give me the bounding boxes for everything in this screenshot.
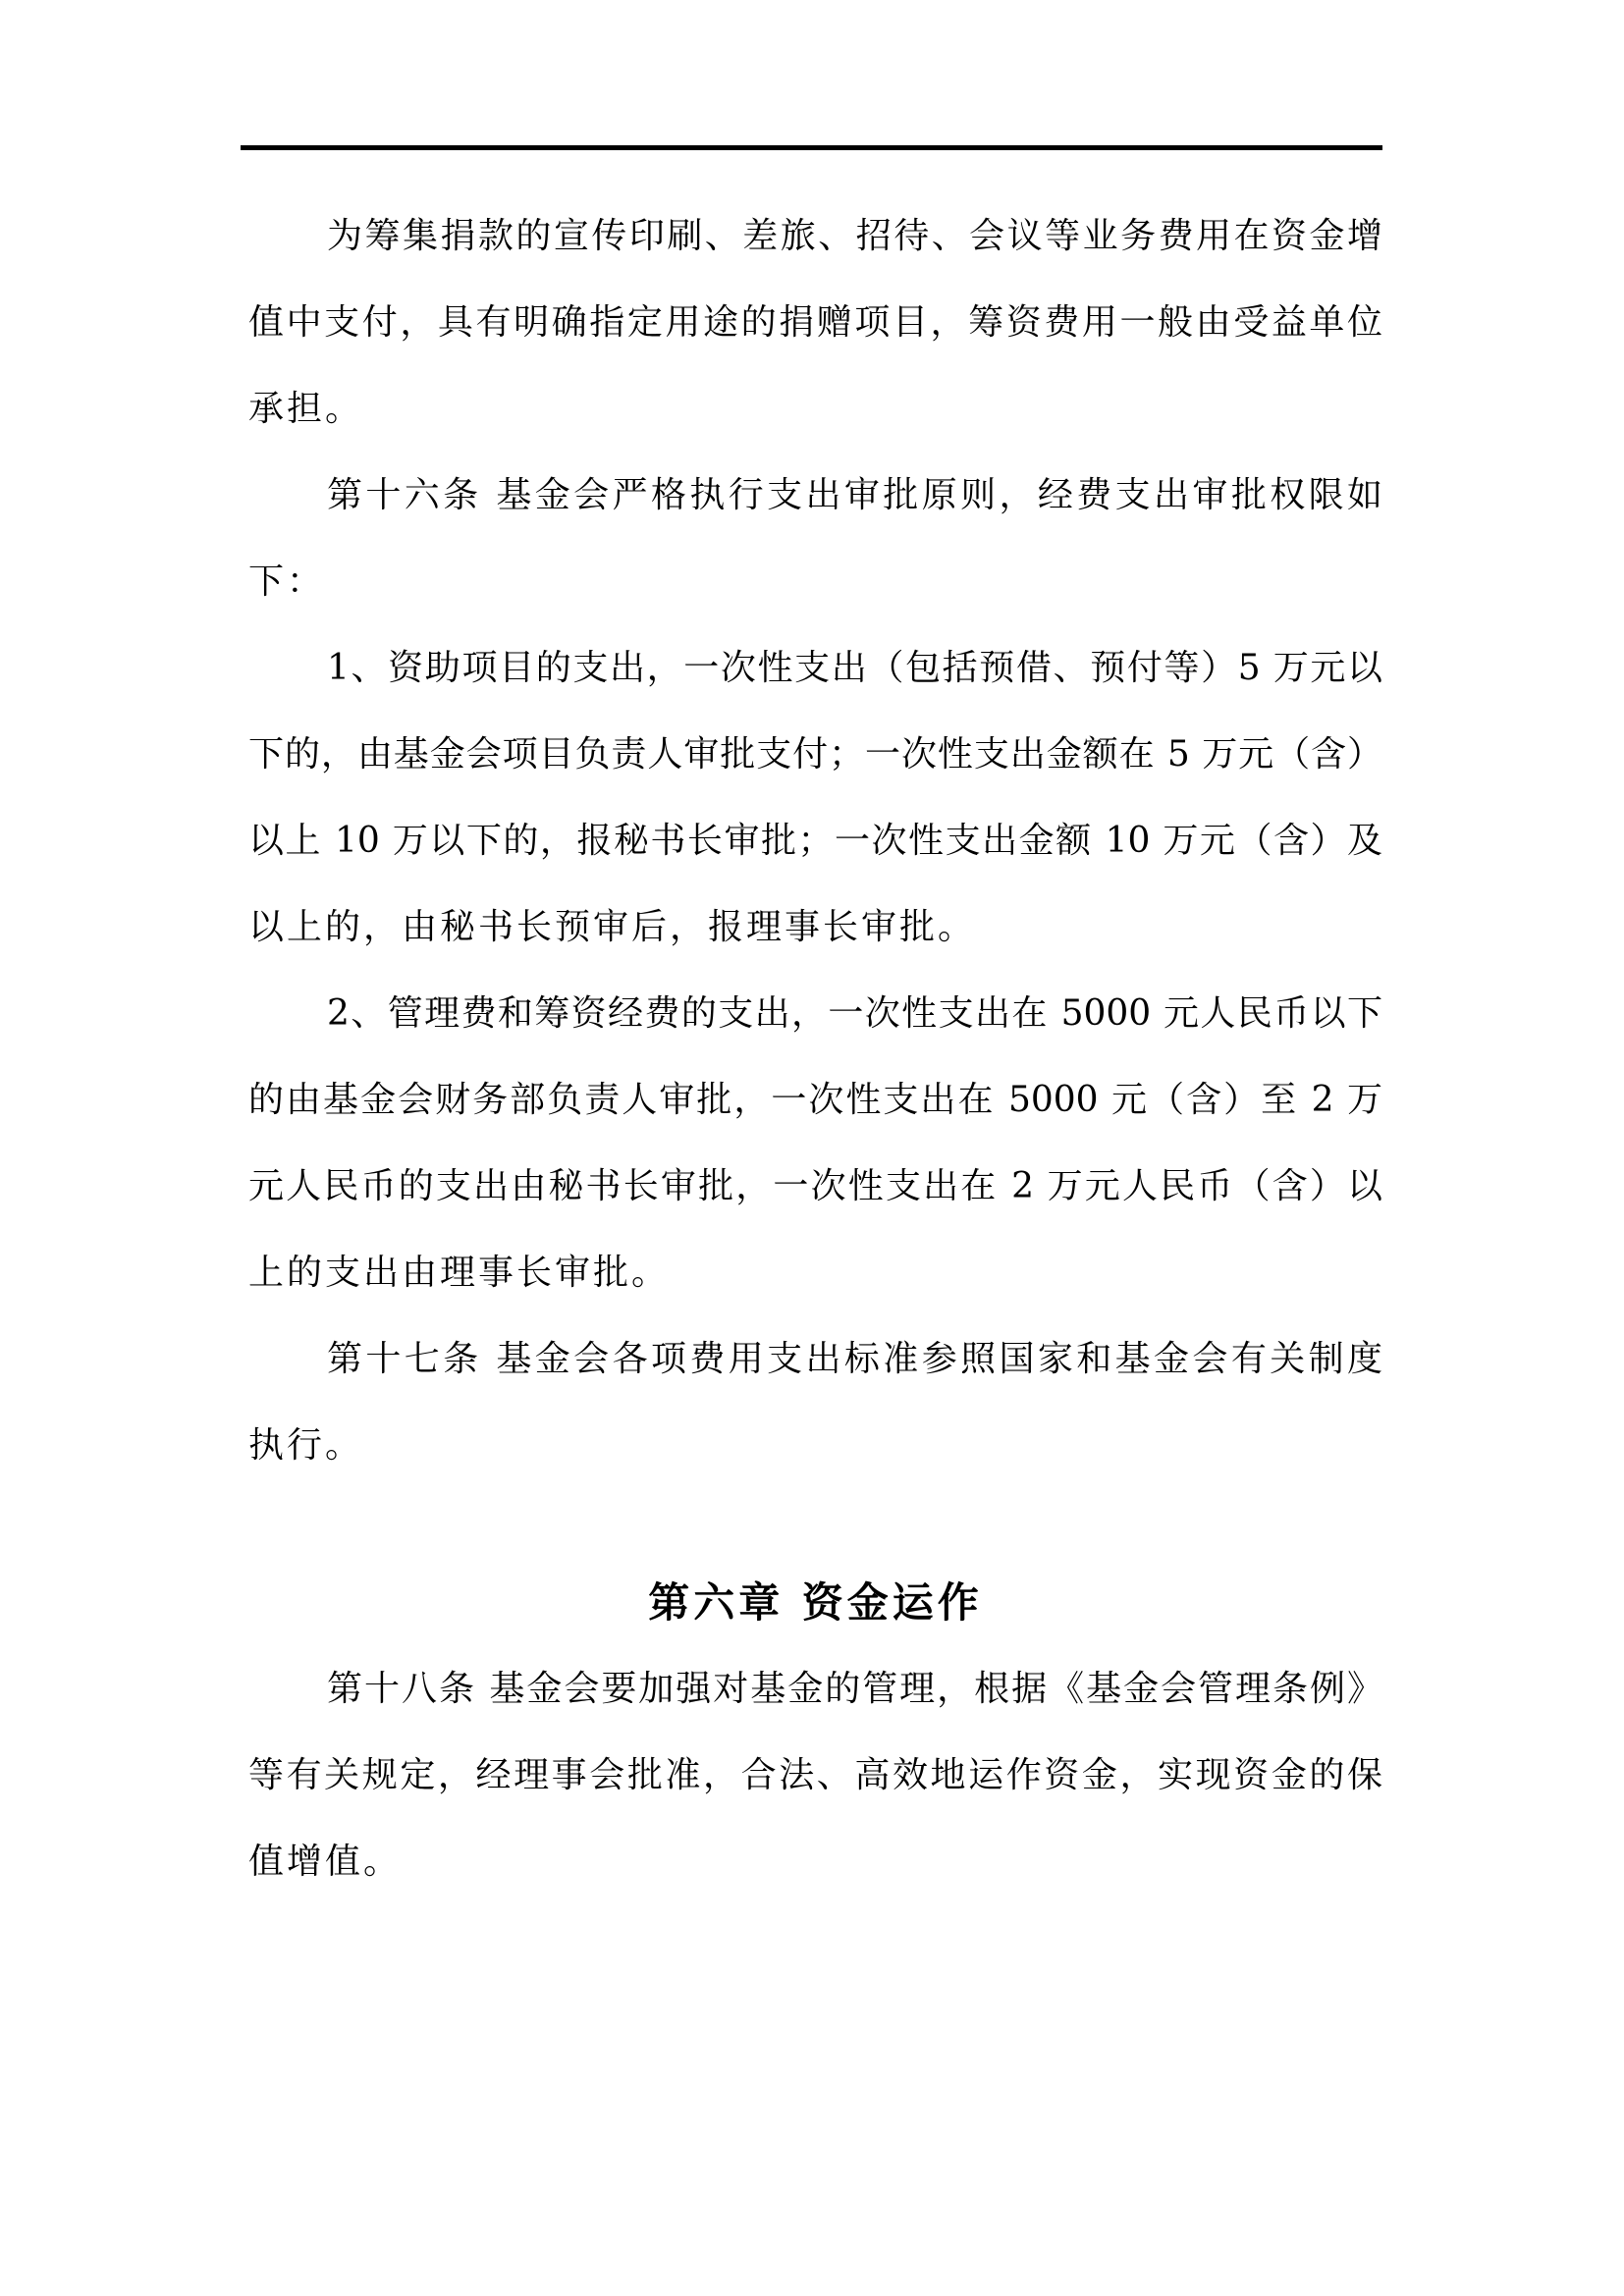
text-line: 1、资助项目的支出，一次性支出（包括预借、预付等）5 万元以 bbox=[248, 625, 1382, 712]
text-line: 等有关规定，经理事会批准，合法、高效地运作资金，实现资金的保 bbox=[248, 1733, 1382, 1819]
text-line: 值增值。 bbox=[248, 1819, 1382, 1905]
chapter-heading: 第六章 资金运作 bbox=[248, 1560, 1382, 1646]
text-line: 执行。 bbox=[248, 1403, 1382, 1489]
text-line: 元人民币的支出由秘书长审批，一次性支出在 2 万元人民币（含）以 bbox=[248, 1144, 1382, 1230]
text-line: 以上 10 万以下的，报秘书长审批；一次性支出金额 10 万元（含）及 bbox=[248, 798, 1382, 884]
text-line: 以上的，由秘书长预审后，报理事长审批。 bbox=[248, 884, 1382, 971]
text-line: 第十八条 基金会要加强对基金的管理，根据《基金会管理条例》 bbox=[248, 1646, 1382, 1733]
document-body: 为筹集捐款的宣传印刷、差旅、招待、会议等业务费用在资金增值中支付，具有明确指定用… bbox=[248, 193, 1382, 1905]
text-line: 第十七条 基金会各项费用支出标准参照国家和基金会有关制度 bbox=[248, 1316, 1382, 1403]
text-line: 下的，由基金会项目负责人审批支付；一次性支出金额在 5 万元（含） bbox=[248, 712, 1382, 798]
text-line: 上的支出由理事长审批。 bbox=[248, 1230, 1382, 1316]
text-line: 2、管理费和筹资经费的支出，一次性支出在 5000 元人民币以下 bbox=[248, 971, 1382, 1057]
document-page: 为筹集捐款的宣传印刷、差旅、招待、会议等业务费用在资金增值中支付，具有明确指定用… bbox=[0, 0, 1624, 2296]
paragraph-spacer bbox=[248, 1489, 1382, 1560]
text-line: 第十六条 基金会严格执行支出审批原则，经费支出审批权限如 bbox=[248, 453, 1382, 539]
text-line: 为筹集捐款的宣传印刷、差旅、招待、会议等业务费用在资金增 bbox=[248, 193, 1382, 280]
text-line: 承担。 bbox=[248, 366, 1382, 453]
text-line: 的由基金会财务部负责人审批，一次性支出在 5000 元（含）至 2 万 bbox=[248, 1057, 1382, 1144]
text-line: 值中支付，具有明确指定用途的捐赠项目，筹资费用一般由受益单位 bbox=[248, 280, 1382, 366]
header-rule bbox=[241, 145, 1382, 150]
text-line: 下： bbox=[248, 539, 1382, 625]
